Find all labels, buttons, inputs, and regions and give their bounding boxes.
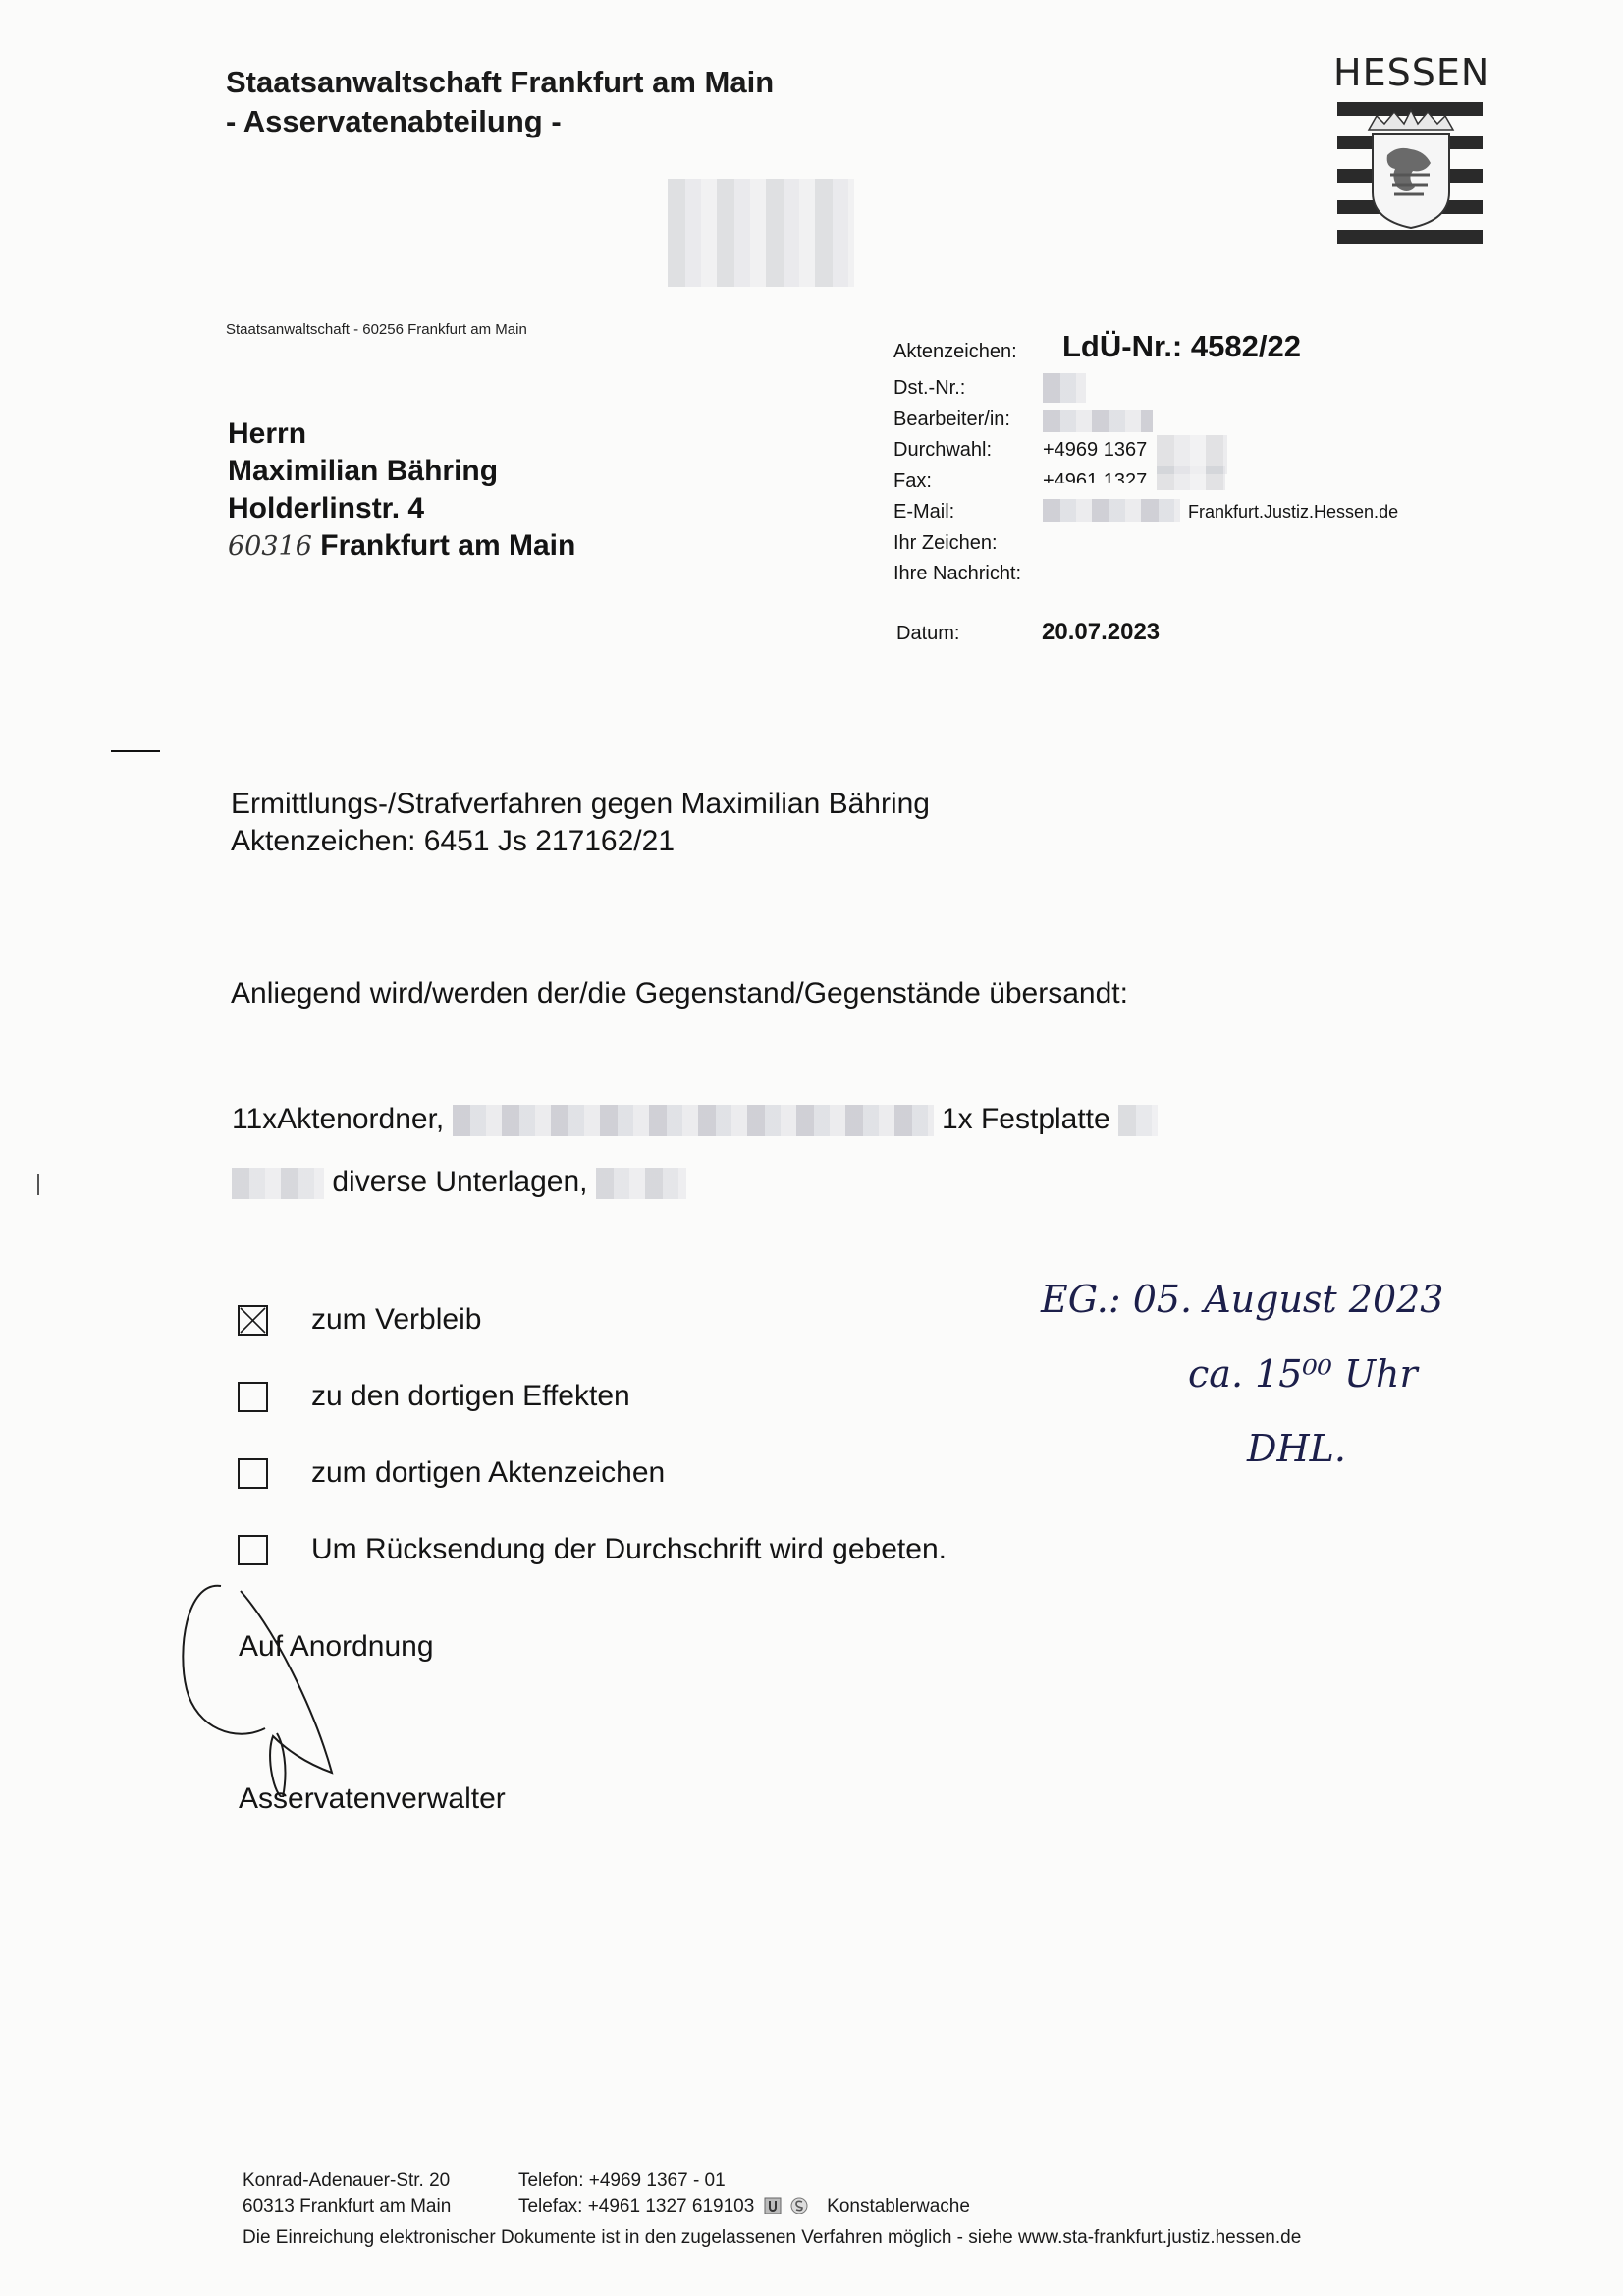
- org-name: Staatsanwaltschaft Frankfurt am Main: [226, 63, 774, 102]
- footer-street: Konrad-Adenauer-Str. 20: [243, 2168, 514, 2194]
- redacted-item: [232, 1168, 324, 1199]
- hessen-logo: HESSEN: [1333, 51, 1487, 248]
- redacted-item: [1118, 1105, 1158, 1136]
- recipient-address: Herrn Maximilian Bähring Holderlinstr. 4…: [228, 415, 575, 566]
- date-value: 20.07.2023: [1042, 619, 1160, 645]
- info-row-durchwahl: Durchwahl: +4969 1367: [893, 435, 1398, 466]
- redacted-block: [668, 179, 854, 287]
- footer-city: 60313 Frankfurt am Main: [243, 2194, 514, 2219]
- checkbox-row-effekten[interactable]: zu den dortigen Effekten: [238, 1358, 947, 1435]
- fold-mark: [111, 750, 160, 752]
- signature-icon: [167, 1571, 363, 1797]
- info-label: Dst.-Nr.:: [893, 373, 1043, 405]
- closing-order: Auf Anordnung: [239, 1630, 434, 1664]
- handwritten-time: ca. 15⁰⁰ Uhr: [1041, 1337, 1444, 1411]
- letterhead: Staatsanwaltschaft Frankfurt am Main - A…: [226, 63, 774, 141]
- info-label: Bearbeiter/in:: [893, 405, 1043, 436]
- handwritten-note: EG.: 05. August 2023 ca. 15⁰⁰ Uhr DHL.: [1041, 1262, 1444, 1486]
- info-value: Frankfurt.Justiz.Hessen.de: [1188, 497, 1398, 528]
- item-documents: diverse Unterlagen,: [332, 1166, 587, 1198]
- footer-notice: Die Einreichung elektronischer Dokumente…: [243, 2225, 1301, 2251]
- info-row-ihr-zeichen: Ihr Zeichen:: [893, 528, 1398, 560]
- recipient-city: Frankfurt am Main: [320, 529, 575, 562]
- redacted-value: [1157, 466, 1225, 490]
- case-number: Aktenzeichen: 6451 Js 217162/21: [231, 823, 930, 860]
- checkbox-unchecked[interactable]: [238, 1458, 268, 1489]
- info-row-email: E-Mail: Frankfurt.Justiz.Hessen.de: [893, 497, 1398, 528]
- redacted-value: [1043, 410, 1153, 432]
- punch-mark: [37, 1174, 39, 1195]
- handwritten-receipt-date: EG.: 05. August 2023: [1041, 1262, 1444, 1337]
- redacted-value: [1043, 499, 1180, 522]
- checkbox-list: zum Verbleib zu den dortigen Effekten zu…: [238, 1282, 947, 1588]
- date-label: Datum:: [896, 623, 959, 644]
- checkbox-label: zu den dortigen Effekten: [311, 1380, 630, 1413]
- checkbox-label: zum dortigen Aktenzeichen: [311, 1456, 665, 1490]
- footer-fax: Telefax: +4961 1327 619103: [518, 2196, 754, 2216]
- reference-info-block: Aktenzeichen: LdÜ-Nr.: 4582/22 Dst.-Nr.:…: [893, 322, 1398, 590]
- checkbox-label: zum Verbleib: [311, 1303, 481, 1337]
- recipient-name: Maximilian Bähring: [228, 453, 575, 490]
- checkbox-label: Um Rücksendung der Durchschrift wird geb…: [311, 1533, 947, 1566]
- aktenzeichen-label: Aktenzeichen:: [893, 337, 1043, 368]
- sender-return-line: Staatsanwaltschaft - 60256 Frankfurt am …: [226, 321, 527, 338]
- footer: Konrad-Adenauer-Str. 20 Telefon: +4969 1…: [243, 2168, 1301, 2251]
- info-row-bearbeiter: Bearbeiter/in:: [893, 405, 1398, 436]
- redacted-item: [453, 1105, 934, 1136]
- info-row-dst-nr: Dst.-Nr.:: [893, 373, 1398, 405]
- x-mark-icon: [240, 1307, 266, 1334]
- redacted-item: [596, 1168, 686, 1199]
- info-value: +4969 1367: [1043, 435, 1147, 466]
- signatory-role: Asservatenverwalter: [239, 1782, 506, 1816]
- recipient-salutation: Herrn: [228, 415, 575, 453]
- info-label: Durchwahl:: [893, 435, 1043, 466]
- footer-station: Konstablerwache: [827, 2196, 970, 2216]
- info-row-ihre-nachricht: Ihre Nachricht:: [893, 559, 1398, 590]
- recipient-city-line: 60316 Frankfurt am Main: [228, 527, 575, 566]
- checkbox-row-aktenzeichen[interactable]: zum dortigen Aktenzeichen: [238, 1435, 947, 1511]
- u-bahn-icon: [764, 2197, 782, 2214]
- info-label: E-Mail:: [893, 497, 1043, 528]
- info-label: Fax:: [893, 466, 1043, 498]
- item-hard-drive: 1x Festplatte: [942, 1103, 1110, 1135]
- info-label: Ihr Zeichen:: [893, 528, 1043, 560]
- item-list: 11xAktenordner, 1x Festplatte diverse Un…: [232, 1088, 1158, 1214]
- redacted-value: [1043, 373, 1086, 403]
- recipient-street: Holderlinstr. 4: [228, 490, 575, 527]
- item-folders: 11xAktenordner,: [232, 1103, 444, 1135]
- footer-phone: Telefon: +4969 1367 - 01: [518, 2170, 726, 2191]
- hessen-wordmark: HESSEN: [1333, 51, 1487, 94]
- info-value: +4961 1327: [1043, 466, 1147, 498]
- hessen-coat-of-arms-icon: [1333, 94, 1487, 244]
- handwritten-carrier: DHL.: [1041, 1411, 1444, 1486]
- body-intro: Anliegend wird/werden der/die Gegenstand…: [231, 977, 1128, 1011]
- department-name: - Asservatenabteilung -: [226, 102, 774, 141]
- checkbox-checked[interactable]: [238, 1305, 268, 1336]
- recipient-postcode-handwritten: 60316: [228, 531, 312, 562]
- info-row-fax: Fax: +4961 1327: [893, 466, 1398, 498]
- date-line: Datum: 20.07.2023: [896, 619, 1160, 646]
- subject-line: Ermittlungs-/Strafverfahren gegen Maximi…: [231, 786, 930, 823]
- info-label: Ihre Nachricht:: [893, 559, 1043, 590]
- checkbox-unchecked[interactable]: [238, 1382, 268, 1412]
- checkbox-row-verbleib[interactable]: zum Verbleib: [238, 1282, 947, 1358]
- s-bahn-icon: [790, 2197, 808, 2214]
- checkbox-unchecked[interactable]: [238, 1535, 268, 1565]
- ldue-number: LdÜ-Nr.: 4582/22: [1062, 331, 1301, 362]
- subject: Ermittlungs-/Strafverfahren gegen Maximi…: [231, 786, 930, 860]
